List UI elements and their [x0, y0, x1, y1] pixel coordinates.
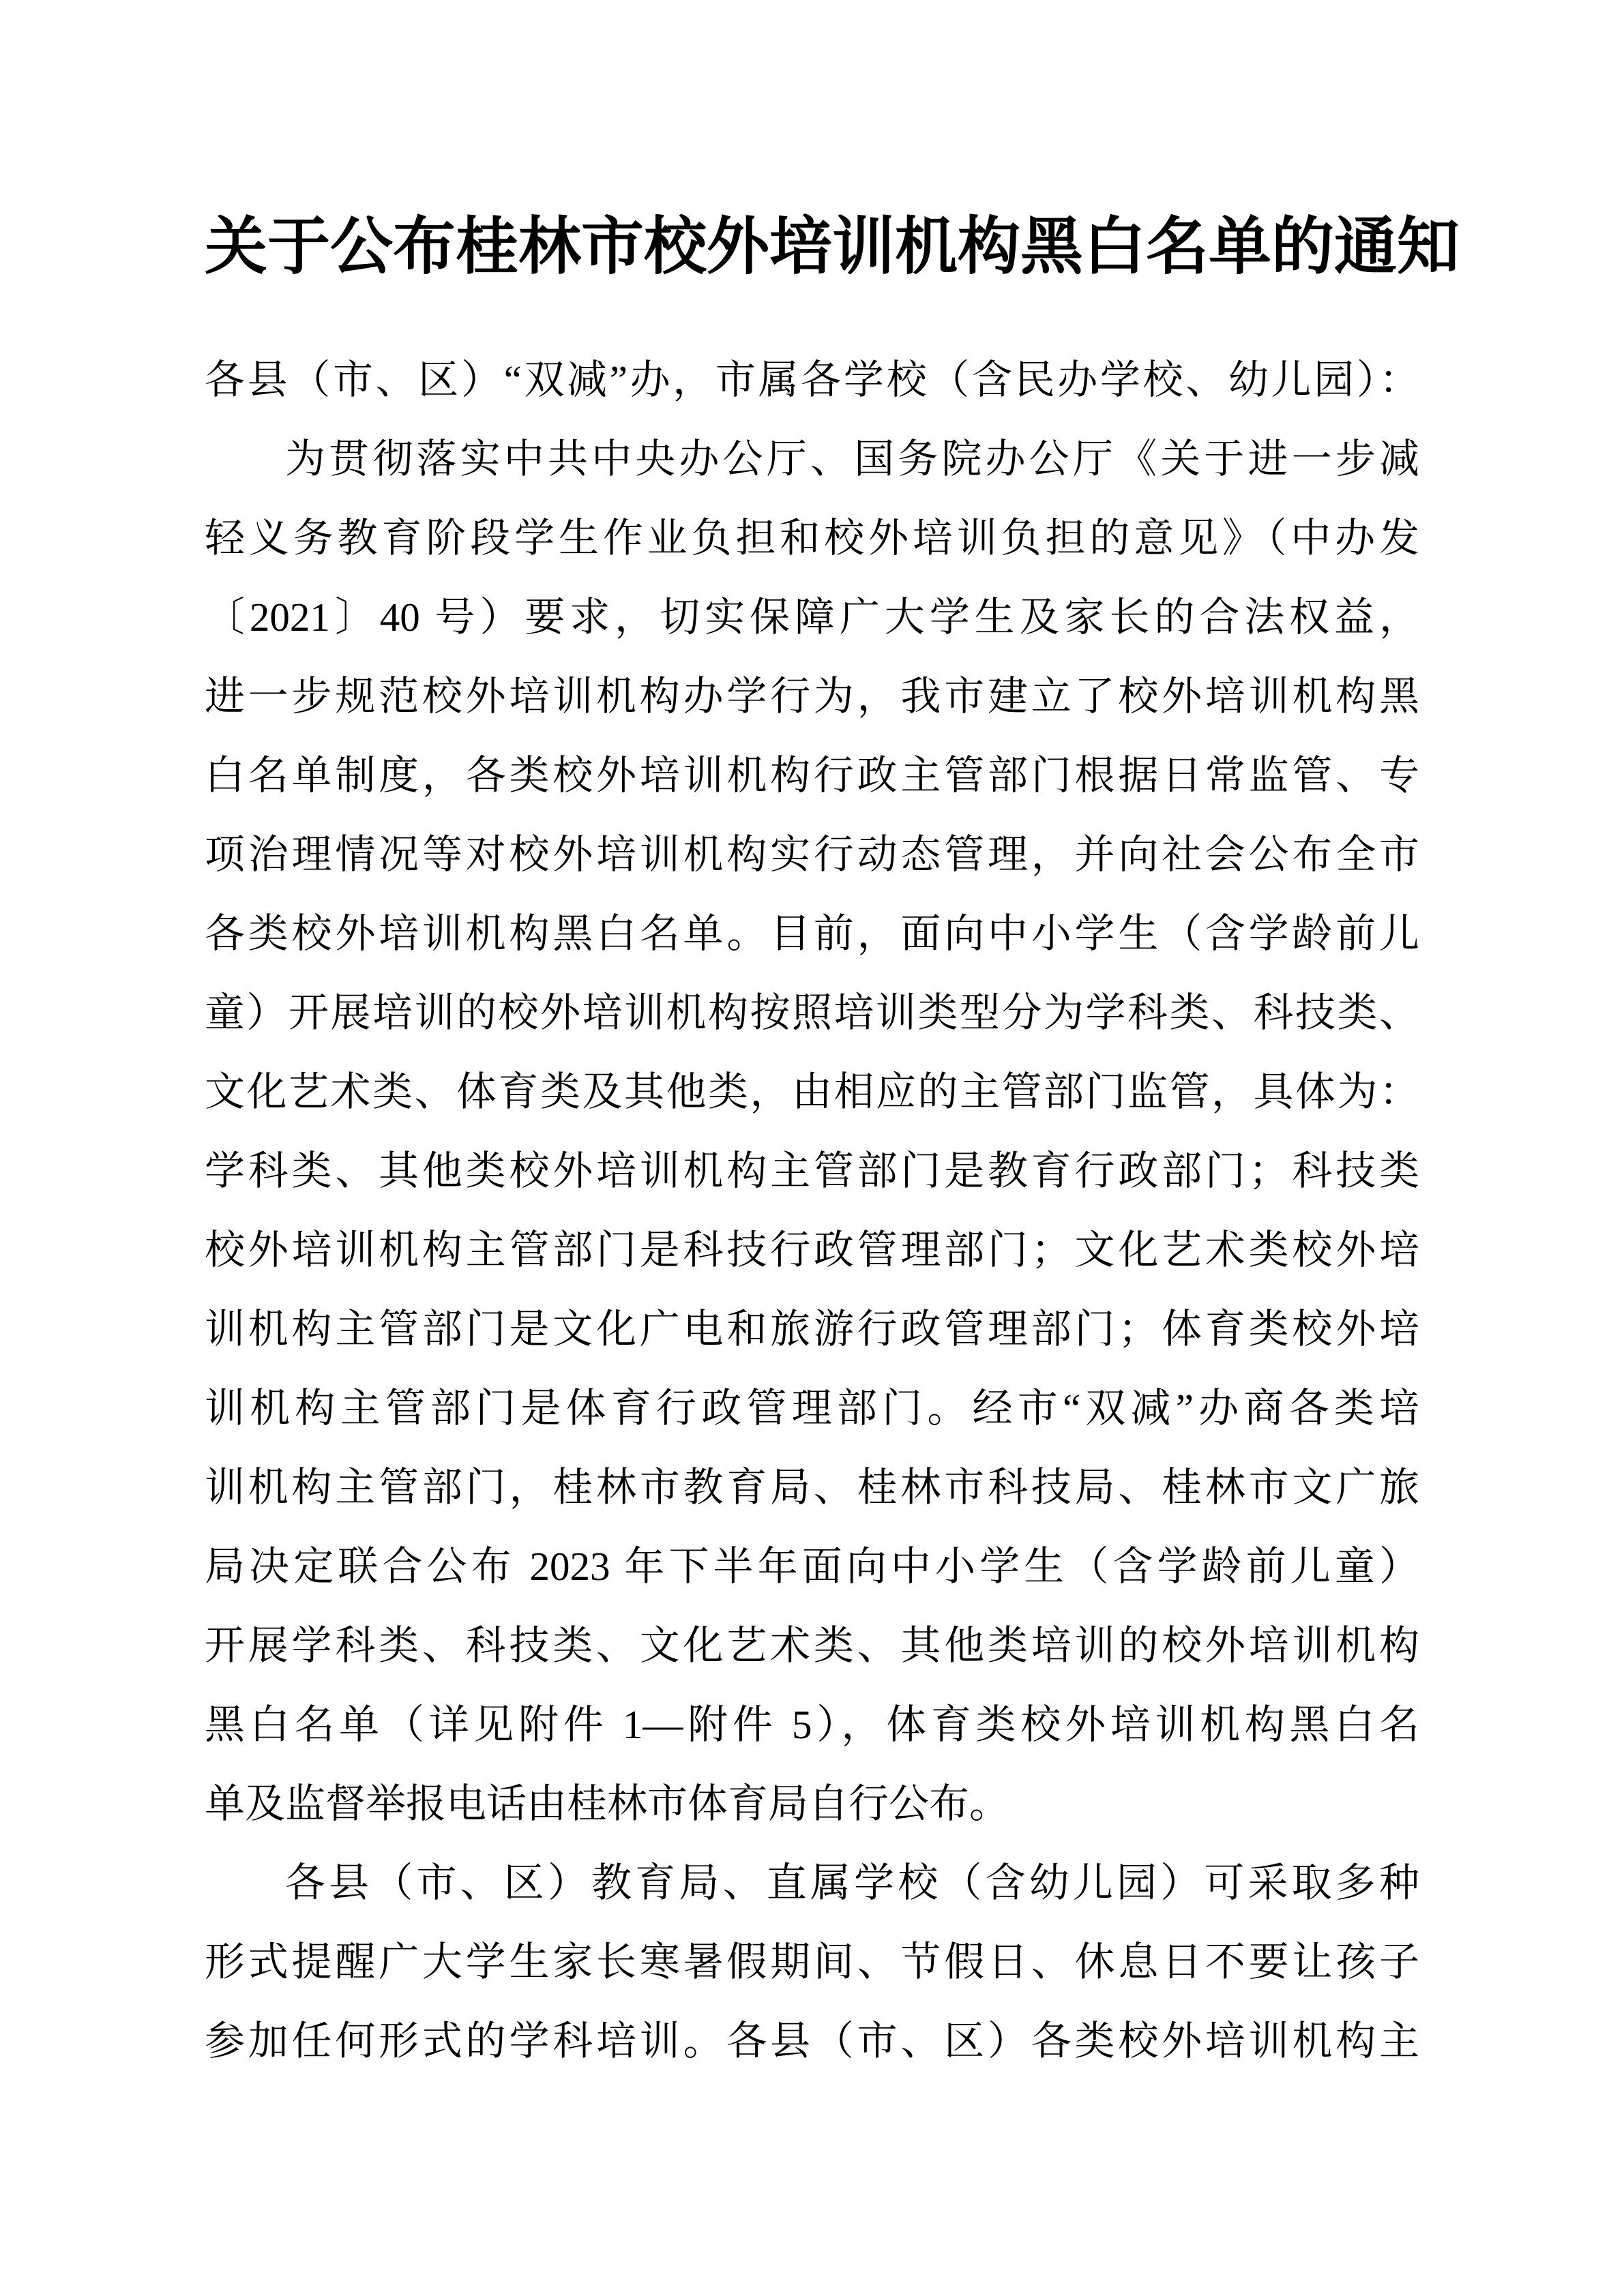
body-line: 白名单制度，各类校外培训机构行政主管部门根据日常监管、专: [205, 736, 1419, 815]
body-line: 局决定联合公布 2023 年下半年面向中小学生（含学龄前儿童）: [205, 1527, 1419, 1606]
body-line: 形式提醒广大学生家长寒暑假期间、节假日、休息日不要让孩子: [205, 1922, 1419, 2001]
salutation-line: 各县（市、区）“双减”办，市属各学校（含民办学校、幼儿园）：: [205, 340, 1419, 419]
body-line: 为贯彻落实中共中央办公厅、国务院办公厅《关于进一步减: [205, 419, 1419, 498]
body-line: 文化艺术类、体育类及其他类，由相应的主管部门监管，具体为：: [205, 1052, 1419, 1131]
body-line: 童）开展培训的校外培训机构按照培训类型分为学科类、科技类、: [205, 973, 1419, 1052]
body-line: 参加任何形式的学科培训。各县（市、区）各类校外培训机构主: [205, 2001, 1419, 2081]
body-line: 学科类、其他类校外培训机构主管部门是教育行政部门；科技类: [205, 1131, 1419, 1210]
body-line: 训机构主管部门是体育行政管理部门。经市“双减”办商各类培: [205, 1369, 1419, 1448]
body-line: 校外培训机构主管部门是科技行政管理部门；文化艺术类校外培: [205, 1210, 1419, 1289]
body-line: 训机构主管部门，桂林市教育局、桂林市科技局、桂林市文广旅: [205, 1448, 1419, 1527]
body-line: 训机构主管部门是文化广电和旅游行政管理部门；体育类校外培: [205, 1289, 1419, 1369]
body-line: 单及监督举报电话由桂林市体育局自行公布。: [205, 1764, 1419, 1843]
body-line: 〔2021〕40 号）要求，切实保障广大学生及家长的合法权益，: [205, 578, 1419, 657]
document-title: 关于公布桂林市校外培训机构黑白名单的通知: [205, 206, 1419, 288]
body-line: 各县（市、区）教育局、直属学校（含幼儿园）可采取多种: [205, 1843, 1419, 1922]
body-line: 轻义务教育阶段学生作业负担和校外培训负担的意见》（中办发: [205, 498, 1419, 578]
body-line: 进一步规范校外培训机构办学行为，我市建立了校外培训机构黑: [205, 657, 1419, 736]
document-page: 关于公布桂林市校外培训机构黑白名单的通知 各县（市、区）“双减”办，市属各学校（…: [0, 0, 1624, 2296]
body-line: 黑白名单（详见附件 1—附件 5），体育类校外培训机构黑白名: [205, 1685, 1419, 1764]
body-line: 开展学科类、科技类、文化艺术类、其他类培训的校外培训机构: [205, 1606, 1419, 1685]
body-line: 项治理情况等对校外培训机构实行动态管理，并向社会公布全市: [205, 815, 1419, 894]
body-line: 各类校外培训机构黑白名单。目前，面向中小学生（含学龄前儿: [205, 894, 1419, 973]
